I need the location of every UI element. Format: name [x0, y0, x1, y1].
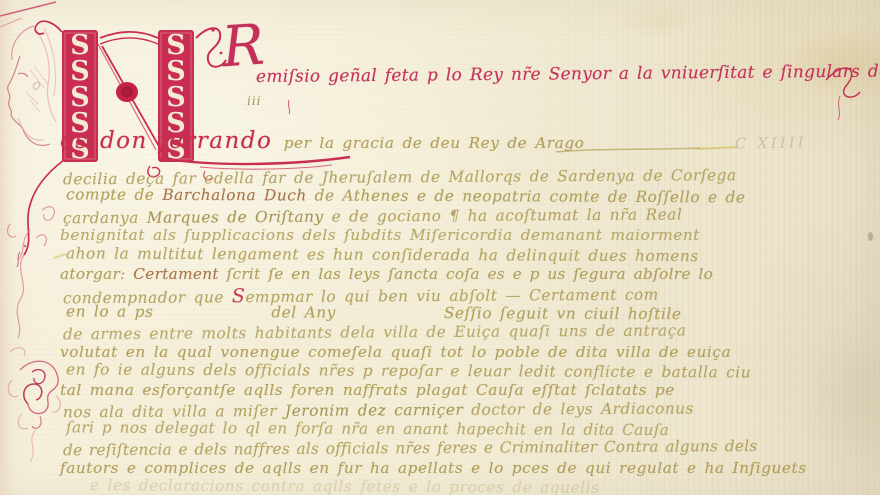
body-line: benignitat als ſupplicacions dels ſubdit… — [60, 226, 800, 245]
text-segment: en fo ie alguns dels officials nr̃es p r… — [66, 360, 751, 381]
body-text: os don ferrando per la gracia de deu Rey… — [60, 128, 800, 495]
text-segment: en lo a ps — [66, 302, 153, 320]
text-segment: de Athenes e de neopatria comte de Roſſe… — [307, 187, 746, 207]
text-segment: os don ferrando — [60, 128, 284, 154]
text-segment: Barchalona Duch — [162, 186, 307, 205]
margin-vine-sketch — [8, 207, 66, 338]
text-segment: e les declaracions contra aqlls fetes e … — [90, 476, 600, 495]
text-segment: Certament — [133, 265, 219, 283]
blank-space — [153, 317, 271, 318]
ink-blob-core — [121, 87, 133, 98]
text-segment: fautors e complices de aqlls en fur ha a… — [60, 459, 807, 477]
text-segment: ahon la multitut lengament es hun conſid… — [66, 244, 699, 265]
text-segment: volutat en la qual vonengue comeſela qua… — [60, 343, 731, 361]
manuscript-page: S S S S S S S S S S — [0, 0, 880, 495]
body-line: volutat en la qual vonengue comeſela qua… — [60, 343, 800, 362]
body-line: tal mana esforçantſe aqlls foren naffrat… — [60, 381, 800, 400]
text-segment: de armes entre molts habitants dela vill… — [63, 322, 687, 344]
body-line: os don ferrando per la gracia de deu Rey… — [60, 128, 800, 168]
text-segment: benignitat als ſupplicacions dels ſubdit… — [60, 226, 700, 244]
text-segment: atorgar: — [60, 265, 133, 283]
body-line: e les declaracions contra aqlls fetes e … — [90, 476, 800, 495]
body-line: de armes entre molts habitants dela vill… — [63, 321, 800, 345]
body-line: çardanya Marques de Oriſtany e de gocian… — [63, 205, 800, 229]
text-segment: del Any — [271, 303, 336, 321]
text-segment: compte de — [66, 186, 162, 204]
text-segment: e de gociano ¶ ha acoſtumat la nr̃a Real — [324, 205, 683, 225]
text-segment: Marques de Oriſtany — [147, 207, 324, 226]
corner-stroke — [0, 2, 56, 27]
body-line: ahon la multitut lengament es hun conſid… — [66, 244, 800, 267]
knot-ornament — [8, 348, 60, 462]
profile-face-sketch — [8, 26, 56, 146]
text-segment: ſari p nos delegat lo ql en forſa nr̃a e… — [66, 418, 669, 439]
body-line: en fo ie alguns dels officials nr̃es p r… — [66, 360, 800, 383]
body-line: de reſiſtencia e dels naffres als offici… — [63, 437, 800, 461]
text-segment: doctor de leys Ardiaconus — [463, 399, 694, 418]
text-segment: Jeronim dez carniçer — [285, 400, 463, 419]
body-line: fautors e complices de aqlls en fur ha a… — [60, 459, 800, 478]
text-segment: ſcrit ſe en las leys ſancta coſa es e p … — [219, 265, 713, 283]
text-segment: Seſſio ſeguit vn ciuil hoſtile — [444, 304, 682, 323]
text-segment: tal mana esforçantſe aqlls foren naffrat… — [60, 381, 675, 399]
text-segment: çardanya — [63, 209, 147, 228]
quire-mark: iii — [247, 94, 262, 108]
text-segment: per la gracia de deu Rey de Arago — [284, 134, 585, 152]
text-segment: de reſiſtencia e dels naffres als offici… — [63, 437, 758, 459]
